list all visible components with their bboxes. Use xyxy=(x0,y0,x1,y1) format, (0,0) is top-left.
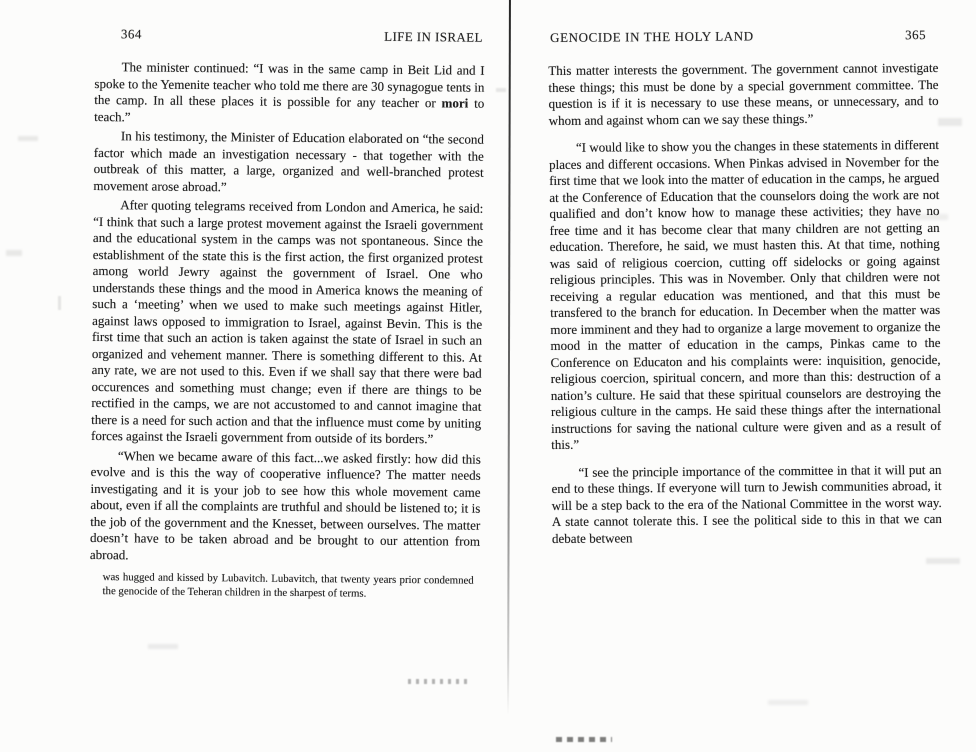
right-page-number: 365 xyxy=(905,27,926,43)
paragraph: This matter interests the government. Th… xyxy=(548,60,939,129)
left-running-title: LIFE IN ISRAEL xyxy=(384,29,483,46)
book-gutter-line xyxy=(507,0,511,715)
scan-smudge xyxy=(18,136,38,141)
text-run: “When we became aware of this fact...we … xyxy=(90,448,481,562)
scan-smudge xyxy=(58,296,61,310)
text-run: “I see the principle importance of the c… xyxy=(552,461,942,545)
scan-smudge xyxy=(148,644,178,649)
text-run: “I would like to show you the changes in… xyxy=(549,137,941,452)
book-scan: 364 LIFE IN ISRAEL The minister continue… xyxy=(0,0,976,752)
text-run: After quoting telegrams received from Lo… xyxy=(91,197,483,446)
left-page: 364 LIFE IN ISRAEL The minister continue… xyxy=(90,26,485,602)
left-page-footnote: was hugged and kissed by Lubavitch. Luba… xyxy=(103,570,474,602)
paragraph: The minister continued: “I was in the sa… xyxy=(94,59,485,129)
right-page-body: This matter interests the government. Th… xyxy=(548,60,942,547)
paragraph: In his testimony, the Minister of Educat… xyxy=(93,128,484,198)
paragraph: “When we became aware of this fact...we … xyxy=(90,447,481,566)
paragraph: “I see the principle importance of the c… xyxy=(551,461,942,547)
right-page: GENOCIDE IN THE HOLY LAND 365 This matte… xyxy=(548,27,942,558)
right-running-title: GENOCIDE IN THE HOLY LAND xyxy=(550,28,754,46)
emphasized-word: mori xyxy=(442,95,469,110)
scan-smudge xyxy=(496,88,506,92)
paragraph: “I would like to show you the changes in… xyxy=(549,137,941,454)
scan-smudge xyxy=(6,250,22,256)
scan-smudge xyxy=(408,679,470,684)
scan-smudge xyxy=(926,558,960,564)
text-run: In his testimony, the Minister of Educat… xyxy=(93,128,484,194)
text-run: The minister continued: “I was in the sa… xyxy=(94,59,484,110)
right-page-header: GENOCIDE IN THE HOLY LAND 365 xyxy=(548,27,938,46)
left-page-number: 364 xyxy=(121,26,142,42)
left-page-body: The minister continued: “I was in the sa… xyxy=(90,59,485,567)
left-page-header: 364 LIFE IN ISRAEL xyxy=(95,26,485,46)
text-run: This matter interests the government. Th… xyxy=(548,60,938,128)
scan-smudge xyxy=(556,737,612,742)
paragraph: After quoting telegrams received from Lo… xyxy=(91,197,483,448)
scan-smudge xyxy=(938,118,962,126)
scan-smudge xyxy=(768,700,808,705)
